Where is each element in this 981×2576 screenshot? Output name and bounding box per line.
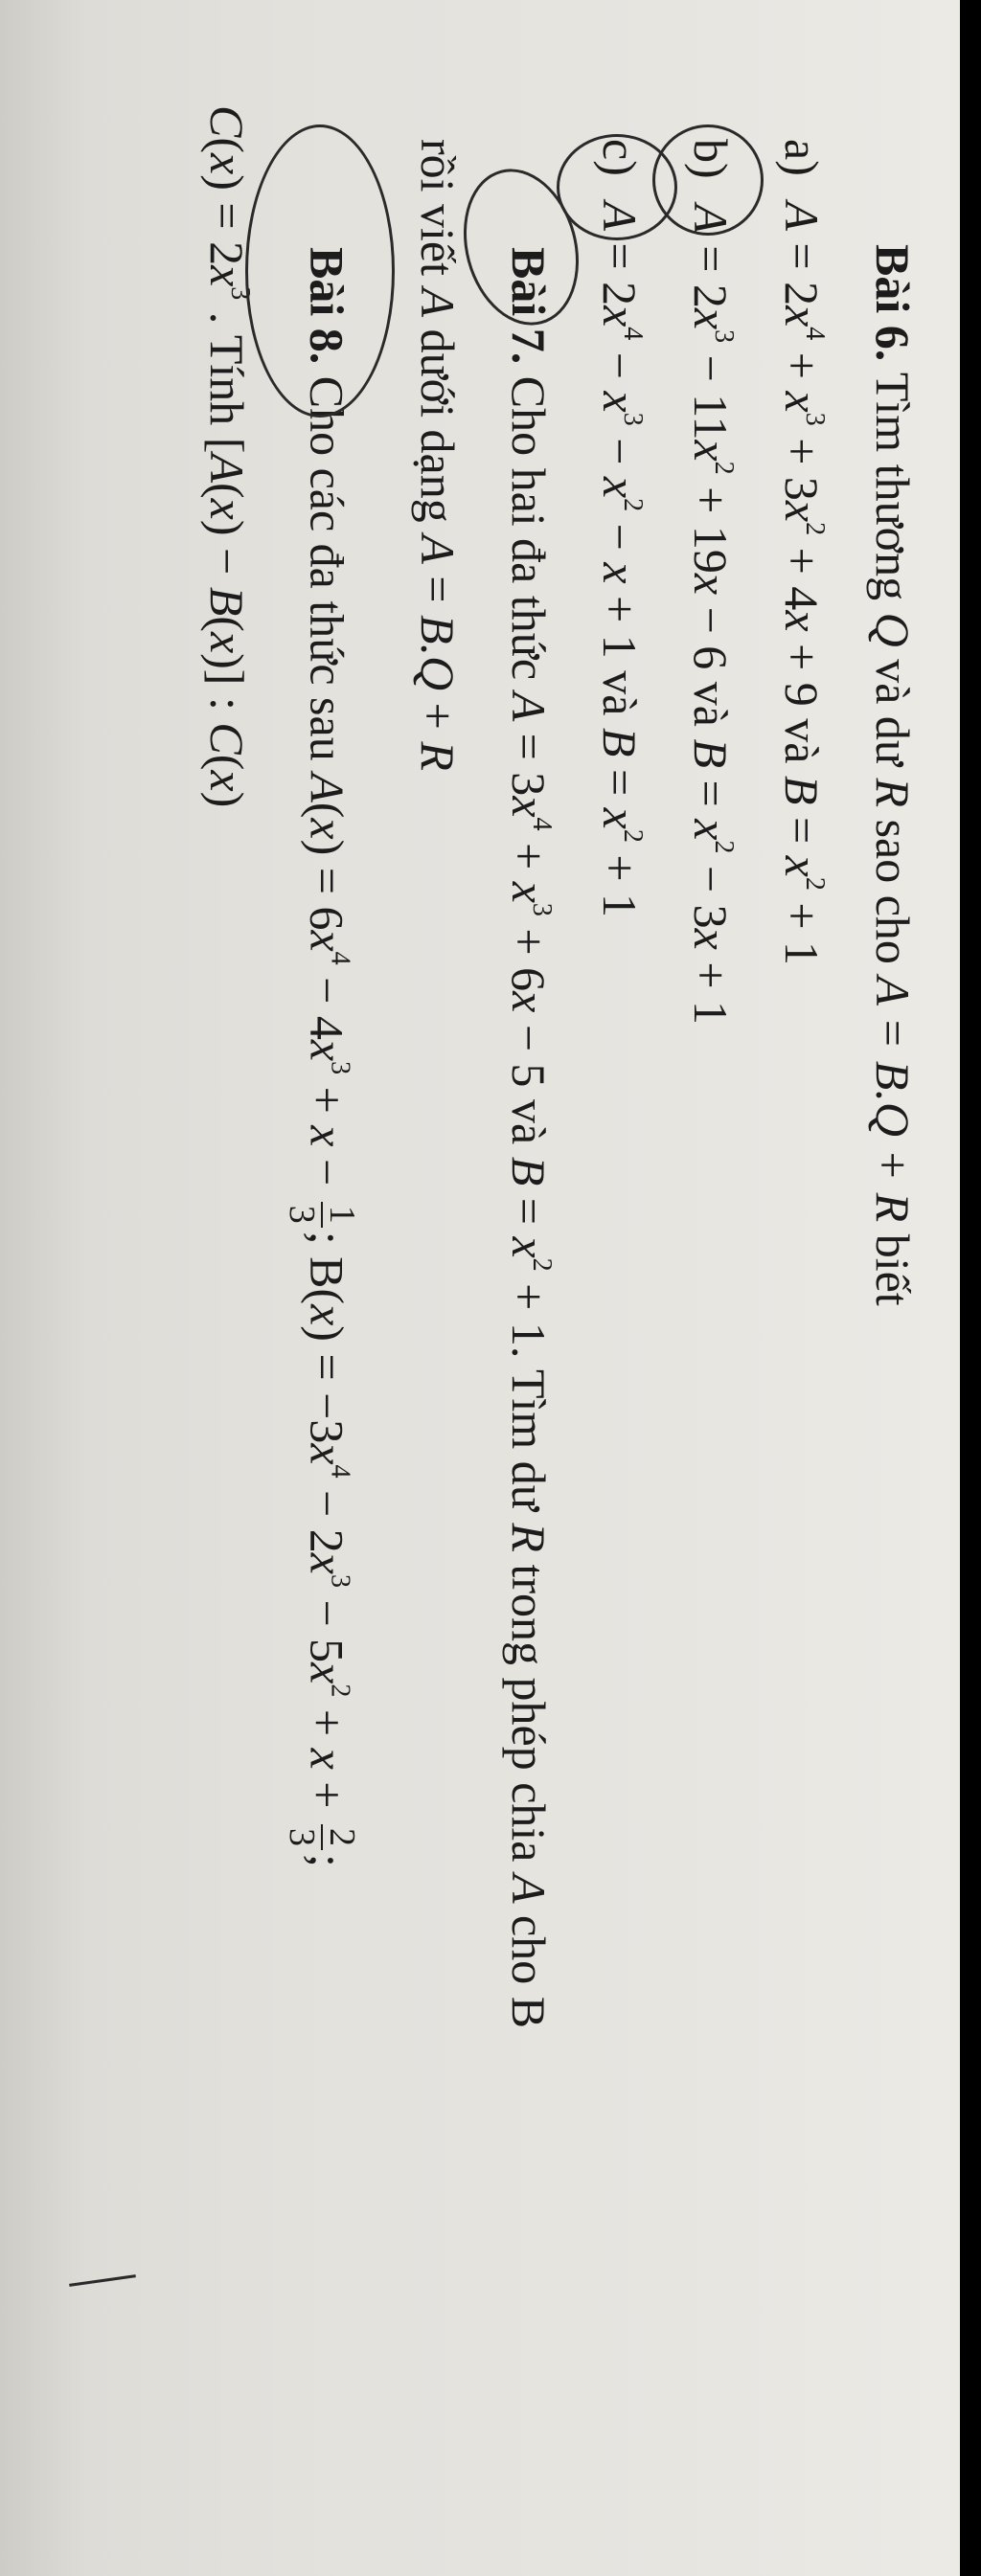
bai6-item-b: b) A = 2x3 − 11x2 + 19x − 6 và B = x2 − … [682,139,740,1025]
check-mark-icon [69,2274,136,2287]
bai8-line1: Bài 8. Cho các đa thức sau A(x) = 6x4 − … [283,247,361,1867]
bai6-heading: Bài 6. Tìm thương Q và dư R sao cho A = … [864,244,922,1306]
circle-annotation-bai8 [245,124,395,418]
bai6-item-a: a) A = 2x4 + x3 + 3x2 + 4x + 9 và B = x2… [773,139,831,965]
bai6-title: Bài 6. [866,244,920,361]
bai6-item-c: c) A = 2x4 − x3 − x2 − x + 1 và B = x2 +… [591,139,649,917]
bai7-line2: rồi viết A dưới dạng A = B.Q + R [409,139,467,771]
worksheet-page: Bài 6. Tìm thương Q và dư R sao cho A = … [0,0,960,2576]
bai8-line2: C(x) = 2x3 . Tính [A(x) − B(x)] : C(x) [198,105,256,807]
bai7-line1: Bài 7. Cho hai đa thức A = 3x4 + x3 + 6x… [500,247,558,2028]
circle-annotation-c [557,134,677,240]
bai6-formula: A = B.Q + R [866,976,920,1222]
